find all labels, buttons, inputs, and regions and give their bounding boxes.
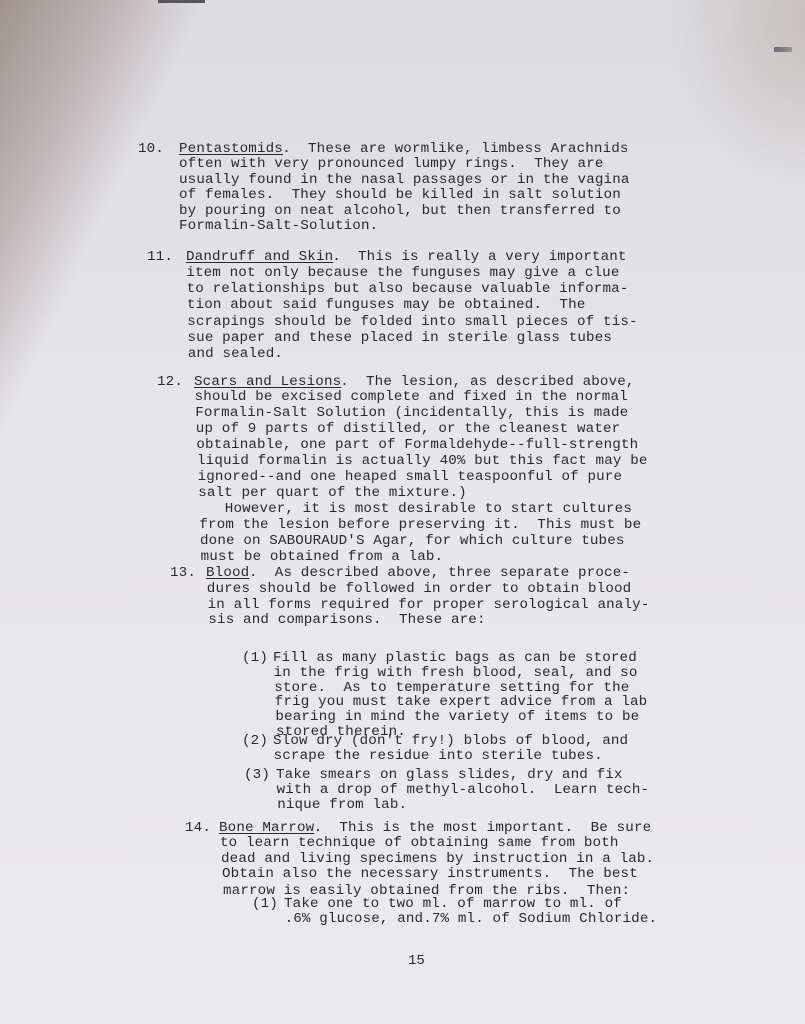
subitem-line: Fill as many plastic bags as can be stor… [273,650,637,666]
item-number: 12. [157,374,183,390]
subitem-line: Slow dry (don't fry!) blobs of blood, an… [273,733,628,749]
item-number: 14. [185,820,211,836]
body-line: by pouring on neat alcohol, but then tra… [179,203,621,219]
body-line: usually found in the nasal passages or i… [179,172,630,188]
subitem-line: store. As to temperature setting for the [274,680,629,696]
body-line: item not only because the funguses may g… [186,265,619,281]
subitem-line: .6% glucose, and.7% ml. of Sodium Chlori… [285,911,658,927]
subitem-line: in the frig with fresh blood, seal, and … [274,665,638,681]
body-line: Formalin-Salt-Solution. [179,218,378,234]
heading-period: . [332,249,341,265]
item-number: 13. [170,565,196,581]
body-line: sis and comparisons. These are: [208,612,485,628]
body-line: to learn technique of obtaining same fro… [220,835,619,851]
body-line: from the lesion before preserving it. Th… [199,517,641,533]
body-line: Obtain also the necessary instruments. T… [222,866,638,882]
body-line: obtainable, one part of Formaldehyde--fu… [196,437,638,453]
body-line: dead and living specimens by instruction… [221,851,654,867]
subitem-label: (3) [244,767,270,783]
body-line: salt per quart of the mixture.) [198,485,467,501]
heading-period: . [340,374,349,390]
subitem-label: (1) [252,896,278,912]
subitem-line: frig you must take expert advice from a … [275,694,648,710]
item-heading: Dandruff and Skin [186,249,333,265]
item-heading: Bone Marrow [219,820,314,836]
body-line: Formalin-Salt Solution (incidentally, th… [195,405,628,421]
subitem-line: bearing in mind the variety of items to … [275,709,639,725]
body-line: and sealed. [188,346,283,362]
subitem-line: Take smears on glass slides, dry and fix [276,767,623,783]
body-line: ignored--and one heaped small teaspoonfu… [198,469,623,485]
body-line: often with very pronounced lumpy rings. … [179,156,604,172]
item-heading: Scars and Lesions [194,374,341,390]
item-number: 11. [147,249,173,265]
heading-period: . [282,141,291,157]
item-number: 10. [138,141,164,157]
body-line: scrapings should be folded into small pi… [187,314,638,330]
heading-period: . [314,820,323,836]
body-line: should be excised complete and fixed in … [195,389,628,405]
body-line: dures should be followed in order to obt… [207,581,632,597]
body-line: This is the most important. Be sure [339,820,651,836]
body-line: of females. They should be killed in sal… [179,187,621,203]
scanned-page: 10.Pentastomids.These are wormlike, limb… [0,0,805,1024]
page-number: 15 [408,953,425,969]
body-line: in all forms required for proper serolog… [208,597,650,613]
body-line: up of 9 parts of distilled, or the clean… [196,421,621,437]
body-line: This is really a very important [358,249,627,265]
body-line: These are wormlike, limbess Arachnids [308,141,629,157]
subitem-label: (2) [242,733,268,749]
body-line: tion about said funguses may be obtained… [187,297,586,313]
subitem-label: (1) [242,650,268,666]
body-line: done on SABOURAUD'S Agar, for which cult… [200,533,625,549]
subitem-line: Take one to two ml. of marrow to ml. of [284,896,622,912]
body-line: liquid formalin is actually 40% but this… [197,453,648,469]
item-heading: Blood [206,565,249,581]
document-body: 10.Pentastomids.These are wormlike, limb… [0,0,805,1024]
body-line: must be obtained from a lab. [201,549,444,565]
subitem-line: nique from lab. [277,797,407,813]
body-line: to relationships but also because valuab… [187,281,629,297]
heading-period: . [249,565,258,581]
subitem-line: scrape the residue into sterile tubes. [274,748,603,764]
body-line: sue paper and these placed in sterile gl… [188,330,613,346]
body-line: However, it is most desirable to start c… [199,501,632,517]
body-line: The lesion, as described above, [366,374,635,390]
item-heading: Pentastomids [179,141,283,157]
subitem-line: with a drop of methyl-alcohol. Learn tec… [277,782,650,798]
body-line: As described above, three separate proce… [275,565,630,581]
